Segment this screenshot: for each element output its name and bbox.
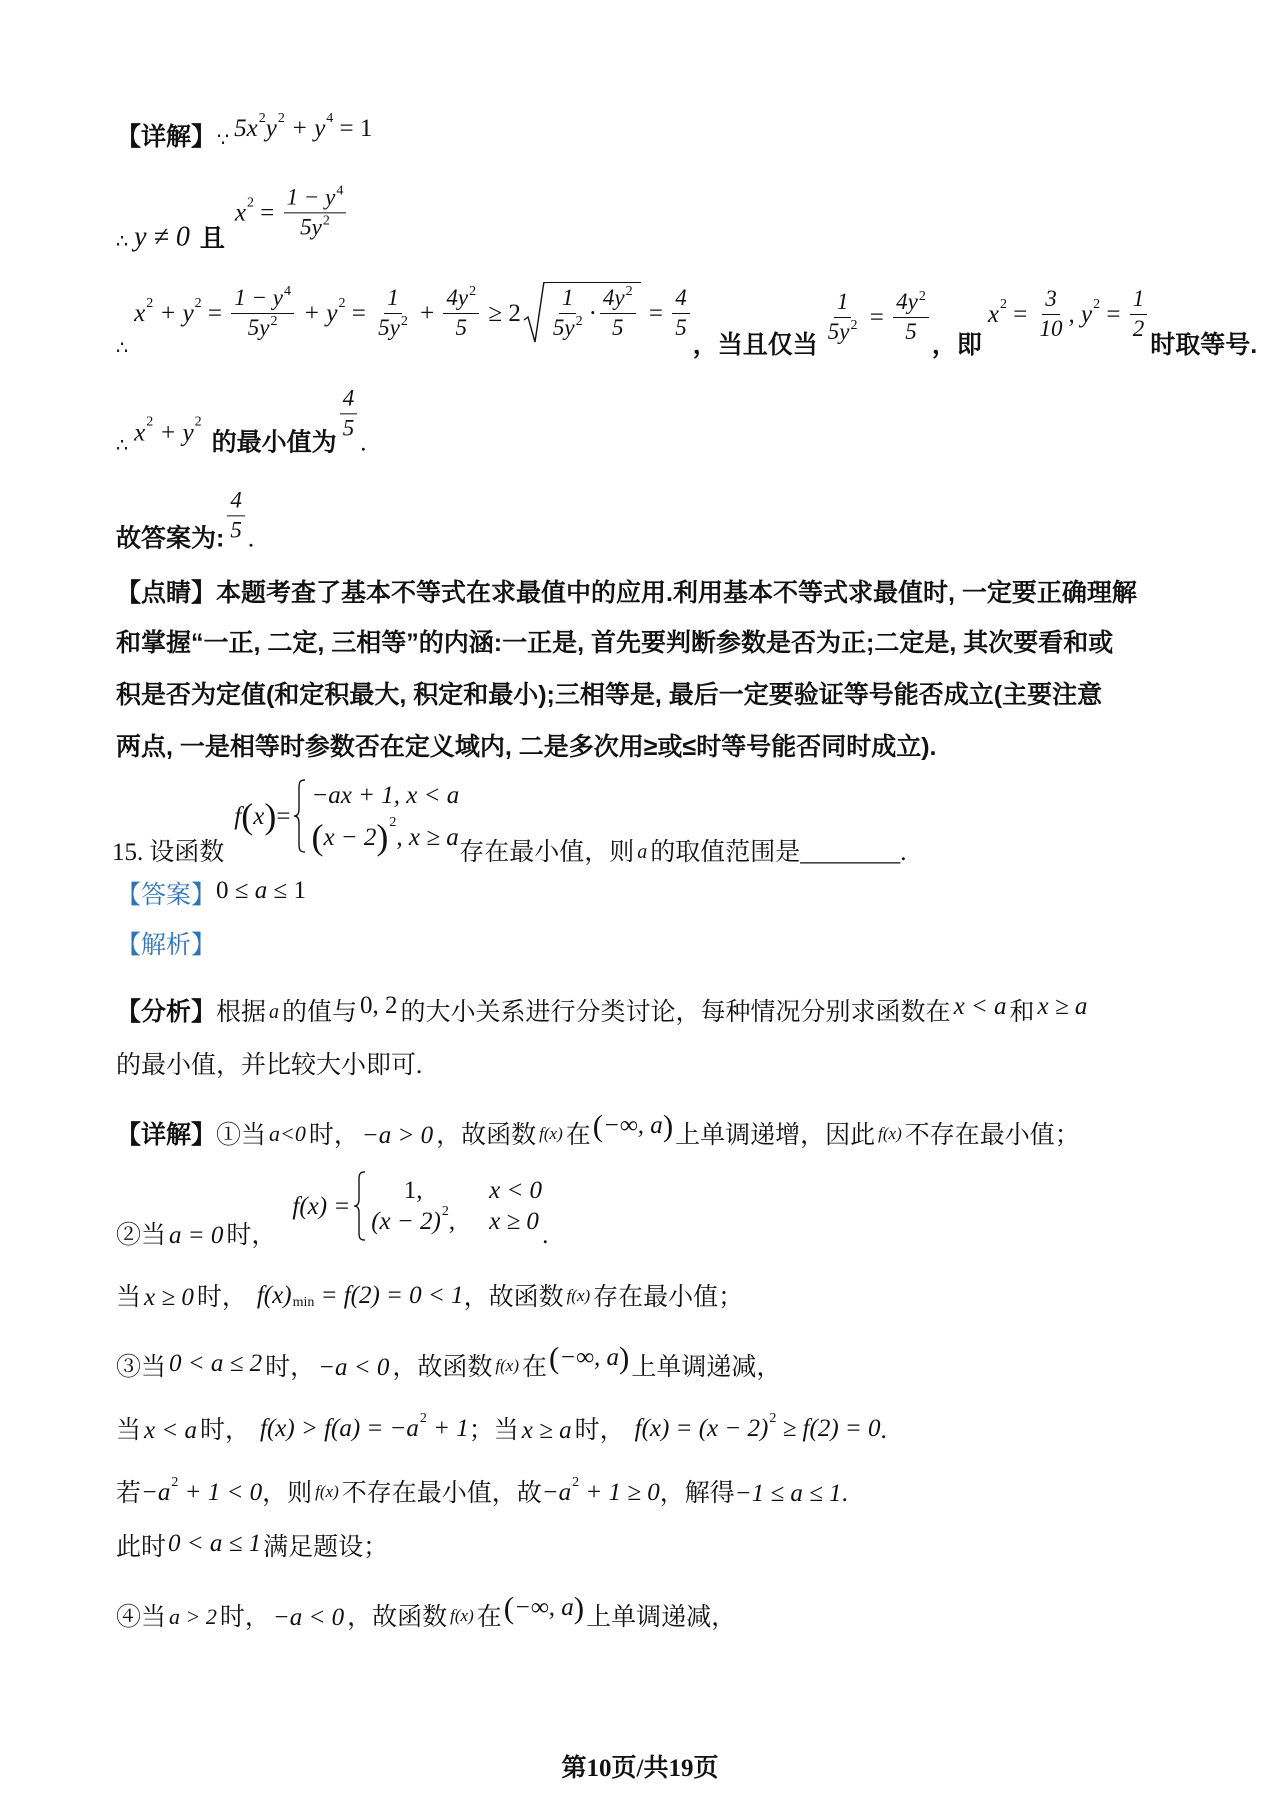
superscript: 2: [420, 1412, 427, 1426]
numerator: 4y2: [600, 286, 636, 314]
right-piece-bound: f(x) = (x − 2) 2 ≥ f(2) = 0: [635, 1416, 881, 1441]
superscript: 2: [146, 297, 153, 311]
math-token: a = 0: [169, 1223, 223, 1248]
math-token: 5: [612, 316, 624, 341]
math-token: 4y: [603, 286, 625, 311]
period: .: [842, 1481, 848, 1506]
math-token: f(x) =: [292, 1194, 350, 1219]
math-token: =: [643, 301, 670, 326]
denominator: 5: [227, 516, 245, 543]
denominator: 10: [1037, 315, 1066, 342]
superscript: 2: [1093, 298, 1100, 312]
math-token: + y: [285, 116, 325, 141]
interval: ( −∞, a ): [549, 1342, 629, 1373]
text-run: 时，: [265, 1355, 315, 1380]
given-equation: 5x 2 y 2 + y 4 = 1: [234, 116, 372, 141]
text-run: 的最小值，并比较大小即可.: [116, 1053, 422, 1078]
fraction: 4 5: [672, 286, 690, 341]
math-token: 3: [1045, 287, 1057, 312]
fraction: 3 10: [1037, 287, 1066, 342]
section-label-remark: 【点睛】: [116, 581, 216, 606]
math-token: x ≥ a: [1038, 994, 1088, 1019]
math-token: (: [311, 819, 323, 855]
math-token: −∞, a: [514, 1595, 574, 1620]
text-run: 上单调递减，: [586, 1605, 736, 1630]
math-token: a: [637, 842, 647, 862]
math-token: −∞, a: [559, 1345, 619, 1370]
text-run: 的取值范围是: [650, 840, 800, 865]
math-token: ): [264, 798, 276, 834]
superscript: 2: [442, 1205, 449, 1219]
denominator: 5: [453, 314, 471, 341]
therefore-symbol: ∴: [116, 232, 128, 251]
sum-of-squares: x 2 + y 2: [134, 420, 202, 445]
numerator: 1: [834, 290, 852, 318]
text-run: 的最小值为: [212, 430, 337, 455]
text-run: ；当: [469, 1418, 519, 1443]
math-token: ,: [449, 1209, 455, 1234]
text-run: ，故函数: [347, 1605, 447, 1630]
math-token: =: [276, 804, 290, 829]
section-label-analysis: 【分析】: [116, 1000, 216, 1025]
text-run: 不存在最小值，故: [342, 1481, 542, 1506]
remark-line-1: 【点睛】 本题考查了基本不等式在求最值中的应用.利用基本不等式求最值时, 一定要…: [116, 581, 1137, 606]
answer-line: 【答案】 0 ≤ a ≤ 1: [116, 883, 306, 908]
superscript: 2: [259, 112, 266, 126]
case-row-1: −ax + 1, x < a: [311, 777, 459, 813]
math-token: f(x): [878, 1125, 902, 1142]
fraction: 4y2 5: [443, 286, 479, 341]
math-token: x: [988, 302, 999, 327]
denominator: 5: [672, 314, 690, 341]
square-root: √ 1 5y2 · 4y2 5: [523, 282, 641, 345]
math-token: a<0: [269, 1123, 306, 1145]
therefore-symbol: ∴: [116, 339, 128, 358]
left-brace-icon: [293, 779, 307, 853]
text-run: 积是否为定值(和定积最大, 积定和最小);三相等是, 最后一定要验证等号能否成立…: [116, 683, 1102, 708]
period: .: [881, 1418, 887, 1443]
text-run: ，故函数: [392, 1355, 492, 1380]
detail-line-minimum: ∴ x 2 + y 2 的最小值为 4 5 .: [116, 400, 366, 455]
math-token: x: [134, 420, 145, 445]
text-run: 时，: [575, 1418, 625, 1443]
text-run: 的大小关系进行分类讨论，每种情况分别求函数在: [401, 1000, 951, 1025]
text-run: ②当: [116, 1223, 166, 1248]
math-token: −a < 0: [318, 1355, 389, 1380]
fraction: 1 − y4 5y2: [284, 185, 347, 240]
text-run: ①当: [216, 1123, 266, 1148]
denominator: 5y2: [297, 213, 333, 240]
superscript: 4: [284, 284, 291, 299]
numerator: 4y2: [893, 290, 929, 318]
numerator: 1: [559, 286, 577, 314]
piecewise-cases: −ax + 1, x < a ( x − 2 ) 2 , x ≥ a: [311, 777, 459, 855]
math-token: x: [235, 200, 246, 225]
math-token: f(x): [567, 1287, 591, 1304]
math-token: x < 0: [489, 1178, 542, 1203]
math-token: =: [202, 301, 229, 326]
math-token: 5y: [828, 320, 850, 345]
answer-blank: ________: [800, 840, 900, 865]
case-row-2: ( x − 2 ) 2 , x ≥ a: [311, 819, 459, 855]
superscript: 2: [278, 112, 285, 126]
math-token: 0 ≤: [216, 878, 255, 903]
fraction: 4y2 5: [893, 290, 929, 345]
minimum-expression: f(x) min = f(2) = 0 < 1: [257, 1283, 464, 1308]
math-token: + 1 ≥ 0: [579, 1480, 660, 1505]
superscript: 2: [1000, 298, 1007, 312]
math-token: ≥ 2: [482, 301, 521, 326]
section-label-detail: 【详解】: [116, 125, 216, 150]
detail-case-4: ④当 a > 2 时， −a < 0 ，故函数 f(x) 在 ( −∞, a )…: [116, 1599, 736, 1630]
math-token: 5y: [248, 316, 270, 341]
solution-label-line: 【解析】: [116, 933, 216, 958]
text-run: 且: [200, 226, 225, 251]
interval: ( −∞, a ): [504, 1592, 584, 1623]
left-piece-bound: f(x) > f(a) = −a 2 + 1: [260, 1416, 469, 1441]
problem-number: 15.: [112, 840, 143, 865]
math-token: 1,: [404, 1178, 423, 1203]
x-squared-expression: x 2 = 1 − y4 5y2: [235, 185, 349, 240]
math-token: =: [1007, 302, 1034, 327]
text-run: 两点, 一是相等时参数否在定义域内, 二是多次用≥或≤时等号能否同时成立).: [116, 735, 937, 760]
math-token: 1: [1133, 287, 1145, 312]
math-token: 10: [1040, 317, 1063, 342]
fraction: 1 5y2: [375, 286, 411, 341]
document-page: 【详解】 ∵ 5x 2 y 2 + y 4 = 1 ∴ y ≠ 0 且 x 2 …: [0, 0, 1280, 1810]
math-token: 5y: [300, 215, 322, 240]
text-run: ，当且仅当: [693, 333, 818, 358]
condition-expression: −a 2 + 1 < 0: [141, 1480, 262, 1505]
piecewise-cases: 1, x < 0 (x − 2) 2 , x ≥ 0: [371, 1178, 542, 1234]
period: .: [248, 526, 254, 551]
math-token: ): [619, 1342, 629, 1373]
math-token: +: [414, 301, 441, 326]
numerator: 4: [672, 286, 690, 314]
text-run: 时，: [309, 1123, 359, 1148]
numerator: 1: [1130, 287, 1148, 315]
math-token: 1 − y: [287, 185, 336, 210]
text-run: 和: [1010, 1000, 1035, 1025]
section-label-detail: 【详解】: [116, 1123, 216, 1148]
math-token: =: [345, 301, 372, 326]
math-token: (: [241, 798, 253, 834]
math-token: 0, 2: [360, 993, 398, 1018]
text-run: 此时: [116, 1535, 166, 1560]
math-token: 5y: [378, 316, 400, 341]
superscript: 2: [195, 416, 202, 430]
math-token: f: [234, 804, 241, 829]
math-token: f(x): [539, 1125, 563, 1142]
math-token: (x − 2): [371, 1209, 441, 1234]
radical-sign-icon: √: [523, 282, 545, 345]
math-token: (: [549, 1342, 559, 1373]
math-token: =: [1100, 302, 1127, 327]
math-token: 5: [456, 316, 468, 341]
math-token: x < a: [954, 994, 1007, 1019]
detail-case-1: 【详解】 ①当 a<0 时， −a > 0 ，故函数 f(x) 在 ( −∞, …: [116, 1117, 1080, 1148]
math-token: x ≥ a: [522, 1418, 572, 1443]
text-run: 根据: [216, 1000, 266, 1025]
detail-line-y-nonzero: ∴ y ≠ 0 且 x 2 = 1 − y4 5y2: [116, 196, 349, 251]
math-token: f(x) > f(a) = −a: [260, 1416, 419, 1441]
superscript: 2: [171, 1476, 178, 1490]
text-run: ④当: [116, 1605, 166, 1630]
math-token: x − 2: [323, 825, 376, 850]
text-run: 故答案为:: [116, 526, 224, 551]
case-expression: (x − 2) 2 ,: [371, 1209, 455, 1234]
text-run: 时，: [200, 1418, 250, 1443]
fraction: 1 5y2: [825, 290, 861, 345]
superscript: 2: [850, 318, 857, 333]
math-token: 2: [1133, 317, 1145, 342]
text-run: ，则: [262, 1481, 312, 1506]
superscript: 2: [247, 196, 254, 210]
detail-case-3-solve: 若 −a 2 + 1 < 0 ，则 f(x) 不存在最小值，故 −a 2 + 1…: [116, 1481, 848, 1506]
denominator: 5y2: [825, 318, 861, 345]
period: .: [542, 1223, 548, 1248]
math-token: 0 < a ≤ 1: [168, 1531, 261, 1556]
math-token: 5: [905, 320, 917, 345]
detail-case-2-conclusion: 当 x ≥ 0 时， f(x) min = f(2) = 0 < 1 ，故函数 …: [116, 1285, 743, 1310]
text-run: 在: [566, 1123, 591, 1148]
math-token: a: [269, 1002, 279, 1022]
interval: ( −∞, a ): [593, 1110, 673, 1141]
superscript: 2: [338, 297, 345, 311]
math-token: −a: [542, 1480, 571, 1505]
superscript: 2: [323, 213, 330, 228]
fraction: 4 5: [227, 488, 245, 543]
detail-line-given: 【详解】 ∵ 5x 2 y 2 + y 4 = 1: [116, 125, 372, 150]
piecewise-function: f ( x ) = −ax + 1, x < a ( x − 2 ) 2 , x…: [234, 777, 459, 855]
numerator: 3: [1042, 287, 1060, 315]
numerator: 4: [340, 386, 358, 414]
text-run: 不存在最小值；: [905, 1123, 1080, 1148]
text-run: 时取等号.: [1150, 333, 1257, 358]
math-token: y ≠ 0: [134, 223, 190, 251]
superscript: 2: [401, 314, 408, 329]
text-run: 时，: [197, 1285, 247, 1310]
math-token: 1: [562, 286, 574, 311]
remark-line-4: 两点, 一是相等时参数否在定义域内, 二是多次用≥或≤时等号能否同时成立).: [116, 735, 937, 760]
math-token: 5: [230, 518, 242, 543]
math-token: 0 < a ≤ 2: [169, 1351, 262, 1376]
math-token: (: [593, 1110, 603, 1141]
analysis-line-2: 的最小值，并比较大小即可.: [116, 1053, 422, 1078]
text-run: ，解得: [660, 1481, 735, 1506]
superscript: 4: [326, 112, 333, 126]
math-token: ·: [589, 301, 597, 326]
math-token: f(x) = (x − 2): [635, 1416, 769, 1441]
math-token: 4: [675, 286, 687, 311]
detail-case-3-comparison: 当 x < a 时， f(x) > f(a) = −a 2 + 1 ；当 x ≥…: [116, 1418, 887, 1443]
math-token: = f(2) = 0 < 1: [314, 1283, 463, 1308]
inequality-chain: x 2 + y 2 = 1 − y4 5y2 + y 2 = 1 5y2 + 4…: [134, 282, 693, 345]
math-token: y: [266, 116, 277, 141]
math-token: x: [134, 301, 145, 326]
math-token: 4: [343, 386, 355, 411]
superscript: 2: [626, 284, 633, 299]
superscript: 2: [469, 284, 476, 299]
math-token: 1 − y: [234, 286, 283, 311]
numerator: 4y2: [443, 286, 479, 314]
text-run: 时，: [220, 1605, 270, 1630]
math-token: x ≥ 0: [489, 1209, 542, 1234]
text-run: 当: [116, 1418, 141, 1443]
denominator: 5: [902, 318, 920, 345]
text-run: 的值与: [282, 1000, 357, 1025]
because-symbol: ∵: [217, 131, 229, 150]
math-token: 5y: [553, 316, 575, 341]
math-token: , y: [1069, 302, 1093, 327]
math-token: = 1: [333, 116, 372, 141]
math-token: + y: [153, 420, 193, 445]
detail-line-final-answer: 故答案为: 4 5 .: [116, 496, 254, 551]
fraction: 4y2 5: [600, 286, 636, 341]
math-token: =: [863, 305, 890, 330]
math-token: ≤ 1: [267, 878, 306, 903]
denominator: 5y2: [550, 314, 586, 341]
detail-case-3-result: 此时 0 < a ≤ 1 满足题设；: [116, 1535, 388, 1560]
math-token: , x ≥ a: [396, 825, 458, 850]
math-token: −a: [141, 1480, 170, 1505]
math-token: f(x): [450, 1607, 474, 1624]
math-token: f(x): [315, 1483, 339, 1500]
denominator: 5y2: [375, 314, 411, 341]
text-run: 存在最小值；: [593, 1285, 743, 1310]
numerator: 4: [227, 488, 245, 516]
answer-value: 0 ≤ a ≤ 1: [216, 878, 306, 903]
text-run: ，即: [932, 333, 982, 358]
math-token: 1: [837, 290, 849, 315]
remark-line-2: 和掌握“一正, 二定, 三相等”的内涵:一正是, 首先要判断参数是否为正;二定是…: [116, 631, 1113, 656]
text-run: 在: [522, 1355, 547, 1380]
fraction: 4 5: [340, 386, 358, 441]
text-run: 上单调递减，: [631, 1355, 781, 1380]
text-run: 在: [477, 1605, 502, 1630]
math-token: (: [504, 1592, 514, 1623]
math-token: ): [574, 1592, 584, 1623]
left-brace-icon: [353, 1171, 367, 1241]
section-label-answer: 【答案】: [116, 883, 216, 908]
math-token: 4y: [896, 290, 918, 315]
therefore-symbol: ∴: [116, 436, 128, 455]
text-run: ③当: [116, 1355, 166, 1380]
text-run: 满足题设；: [263, 1535, 388, 1560]
text-run: ，故函数: [436, 1123, 536, 1148]
math-token: 4: [230, 488, 242, 513]
fraction: 1 2: [1130, 287, 1148, 342]
fraction: 1 5y2: [550, 286, 586, 341]
math-token: ): [376, 819, 388, 855]
equality-values: x 2 = 3 10 , y 2 = 1 2: [988, 287, 1150, 342]
text-run: 本题考查了基本不等式在求最值中的应用.利用基本不等式求最值时, 一定要正确理解: [216, 581, 1137, 606]
text-run: 上单调递增，因此: [675, 1123, 875, 1148]
math-token: f(x): [257, 1283, 292, 1308]
math-token: −a < 0: [273, 1605, 344, 1630]
math-token: 4y: [446, 286, 468, 311]
denominator: 5: [340, 414, 358, 441]
superscript: 2: [576, 314, 583, 329]
detail-case-3: ③当 0 < a ≤ 2 时， −a < 0 ，故函数 f(x) 在 ( −∞,…: [116, 1349, 781, 1380]
text-run: ，故函数: [464, 1285, 564, 1310]
text-run: 时，: [226, 1223, 276, 1248]
math-token: x: [253, 804, 264, 829]
text-run: 和掌握“一正, 二定, 三相等”的内涵:一正是, 首先要判断参数是否为正;二定是…: [116, 631, 1113, 656]
superscript: 4: [336, 184, 343, 199]
math-token: + 1 < 0: [178, 1480, 262, 1505]
math-token: 1: [387, 286, 399, 311]
superscript: 2: [195, 297, 202, 311]
math-token: a: [255, 878, 268, 903]
piecewise-function: f(x) = 1, x < 0 (x − 2) 2 , x ≥ 0: [292, 1171, 542, 1241]
section-label-solution: 【解析】: [116, 933, 216, 958]
math-token: + 1: [427, 1416, 469, 1441]
period: .: [360, 430, 366, 455]
math-token: ≥ f(2) = 0: [776, 1416, 880, 1441]
text-run: 若: [116, 1481, 141, 1506]
math-token: x ≥ 0: [144, 1285, 194, 1310]
equality-condition: 1 5y2 = 4y2 5: [822, 290, 932, 345]
numerator: 1 − y4: [284, 185, 347, 213]
period: .: [900, 840, 906, 865]
denominator: 5: [609, 314, 627, 341]
page-footer: 第10页/共19页: [0, 1756, 1280, 1781]
math-token: −∞, a: [603, 1113, 663, 1138]
math-token: + y: [153, 301, 193, 326]
math-token: −a > 0: [362, 1123, 433, 1148]
superscript: 2: [389, 816, 396, 830]
math-token: −ax + 1, x < a: [311, 783, 459, 808]
problem-15-stem: 15. 设函数 f ( x ) = −ax + 1, x < a ( x − 2…: [112, 787, 907, 865]
denominator: 2: [1130, 315, 1148, 342]
numerator: 1: [384, 286, 402, 314]
math-token: ): [663, 1110, 673, 1141]
text-run: 存在最小值，则: [459, 840, 634, 865]
radicand: 1 5y2 · 4y2 5: [545, 282, 641, 341]
page-number: 第10页/共19页: [562, 1756, 719, 1781]
superscript: 2: [271, 314, 278, 329]
analysis-line-1: 【分析】 根据 a 的值与 0, 2 的大小关系进行分类讨论，每种情况分别求函数…: [116, 1000, 1087, 1025]
math-token: f(x): [495, 1357, 519, 1374]
math-token: + y: [297, 301, 337, 326]
numerator: 1 − y4: [231, 286, 294, 314]
detail-case-2: ②当 a = 0 时， f(x) = 1, x < 0 (x − 2) 2 , …: [116, 1178, 548, 1248]
superscript: 2: [146, 416, 153, 430]
text-run: 设函数: [149, 840, 224, 865]
math-token: 5: [343, 416, 355, 441]
math-token: 5: [675, 316, 687, 341]
math-token: =: [254, 200, 281, 225]
detail-line-inequality: ∴ x 2 + y 2 = 1 − y4 5y2 + y 2 = 1 5y2 +…: [116, 295, 1257, 358]
superscript: 2: [572, 1476, 579, 1490]
remark-line-3: 积是否为定值(和定积最大, 积定和最小);三相等是, 最后一定要验证等号能否成立…: [116, 683, 1102, 708]
math-token: x < a: [144, 1418, 197, 1443]
math-token: −1 ≤ a ≤ 1: [735, 1481, 842, 1506]
math-token: a > 2: [169, 1606, 217, 1628]
math-token: 5x: [234, 116, 258, 141]
condition-expression: −a 2 + 1 ≥ 0: [542, 1480, 660, 1505]
superscript: 2: [769, 1412, 776, 1426]
denominator: 5y2: [245, 314, 281, 341]
fraction: 1 − y4 5y2: [231, 286, 294, 341]
superscript: 2: [919, 289, 926, 304]
text-run: 当: [116, 1285, 141, 1310]
subscript: min: [293, 1296, 315, 1310]
